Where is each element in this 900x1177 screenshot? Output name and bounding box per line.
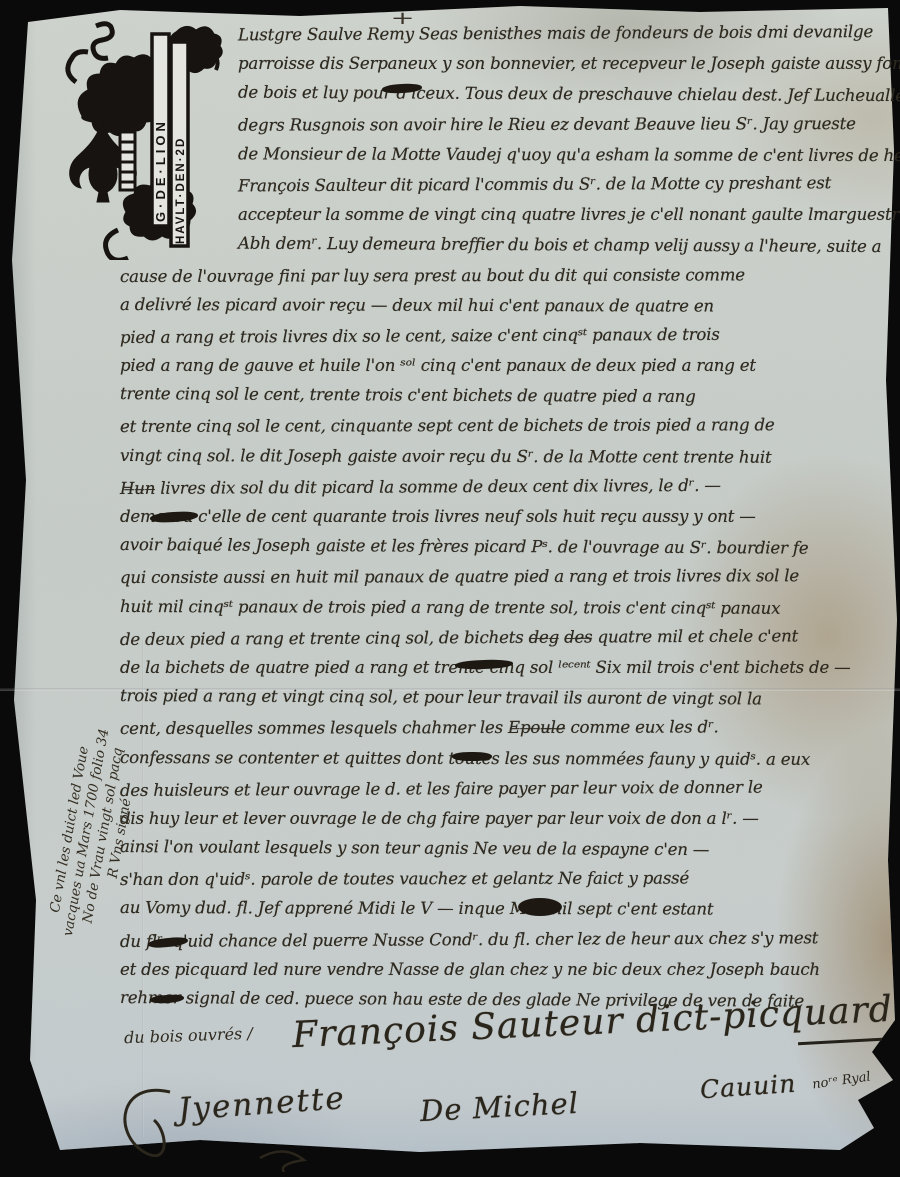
manuscript-body: Lustgre Saulve Remy Seas benisthes mais …: [120, 24, 872, 1020]
manuscript-line: cause de l'ouvrage fini par luy sera pre…: [120, 265, 872, 297]
ink-blot: [452, 752, 492, 761]
manuscript-line: ainsi l'on voulant lesquels y son teur a…: [120, 837, 872, 871]
manuscript-line: parroisse dis Serpaneux y son bonnevier,…: [120, 54, 872, 84]
scanned-manuscript-page: + G·DE·LION: [0, 0, 900, 1177]
manuscript-line: H̶u̶n̶ livres dix sol du dit picard la s…: [120, 475, 872, 509]
manuscript-line: et des picquard led nure vendre Nasse de…: [120, 960, 872, 990]
manuscript-line: confessans se contenter et quittes dont …: [120, 748, 872, 780]
manuscript-line: cent, desquelles sommes lesquels chahmer…: [120, 717, 872, 749]
manuscript-line: degrs Rusgnois son avoir hire le Rieu ez…: [120, 114, 872, 146]
manuscript-line: trente cinq sol le cent, trente trois c'…: [120, 384, 872, 418]
manuscript-line: Abh demʳ. Luy demeura breffier du bois e…: [120, 233, 872, 267]
manuscript-line: dis huy leur et lever ouvrage le de chg …: [120, 809, 872, 839]
manuscript-line: et trente cinq sol le cent, cinquante se…: [120, 415, 872, 447]
manuscript-line: avoir baiqué les Joseph gaiste et les fr…: [120, 535, 872, 569]
manuscript-line: huit mil cinqˢᵗ panaux de trois pied a r…: [120, 597, 872, 629]
manuscript-line: accepteur la somme de vingt cinq quatre …: [120, 205, 872, 235]
manuscript-line: s'han don q'uidˢ. parole de toutes vauch…: [120, 868, 872, 900]
manuscript-line: François Saulteur dit picard l'commis du…: [120, 173, 872, 207]
snake-ornament-icon: [93, 24, 112, 59]
manuscript-line: de Monsieur de la Motte Vaudej q'uoy qu'…: [120, 144, 872, 176]
manuscript-line: a delivré les picard avoir reçu — deux m…: [120, 295, 872, 327]
ink-blot: [518, 898, 562, 916]
manuscript-line: du flʳ. q'uid chance del puerre Nusse Co…: [120, 928, 872, 962]
manuscript-line: trois pied a rang et vingt cinq sol, et …: [120, 686, 872, 720]
manuscript-line: demeura c'elle de cent quarante trois li…: [120, 507, 872, 537]
manuscript-line: pied a rang et trois livres dix so le ce…: [120, 324, 872, 358]
manuscript-line: vingt cinq sol. le dit Joseph gaiste avo…: [120, 446, 872, 478]
manuscript-line: de deux pied a rang et trente cinq sol, …: [120, 626, 872, 660]
manuscript-line: Lustgre Saulve Remy Seas benisthes mais …: [120, 22, 872, 56]
manuscript-line: des huisleurs et leur ouvrage le d. et l…: [120, 777, 872, 811]
manuscript-line: pied a rang de gauve et huile l'on ˢᵒˡ c…: [120, 356, 872, 386]
manuscript-line: qui consiste aussi en huit mil panaux de…: [120, 566, 872, 598]
manuscript-line: de bois et luy pour d'iceux. Tous deux d…: [120, 82, 872, 116]
manuscript-line: au Vomy dud. fl. Jef apprené Midi le V —…: [120, 898, 872, 930]
